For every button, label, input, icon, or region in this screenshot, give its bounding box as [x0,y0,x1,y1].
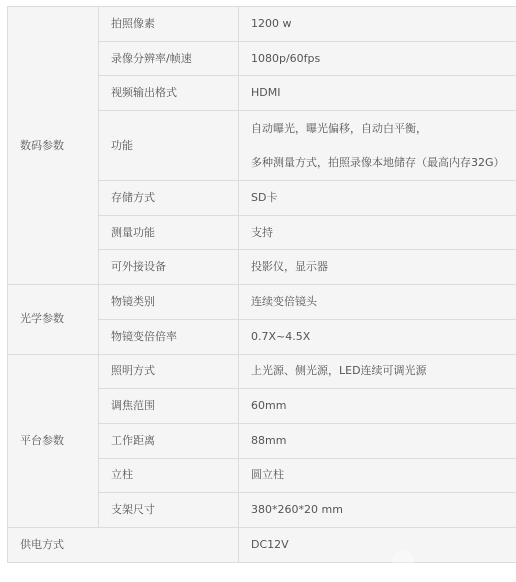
param-name: 拍照像素 [99,7,239,42]
param-value: 1080p/60fps [239,41,516,76]
table-row: 数码参数 拍照像素 1200 w [8,7,516,42]
table-row: 光学参数 物镜类别 连续变倍镜头 [8,285,516,320]
param-value: 圆立柱 [239,458,516,493]
value-line: 自动曝光，曝光偏移，自动白平衡， [251,122,516,136]
param-value-multiline: 自动曝光，曝光偏移，自动白平衡， 多种测量方式，拍照录像本地储存（最高内存32G… [239,111,516,181]
table-row: 供电方式 DC12V [8,527,516,562]
param-value: HDMI [239,76,516,111]
param-value: 支持 [239,215,516,250]
param-value: 88mm [239,423,516,458]
param-name: 照明方式 [99,354,239,389]
spec-table: 数码参数 拍照像素 1200 w 录像分辨率/帧速 1080p/60fps 视频… [7,6,516,563]
param-value: 380*260*20 mm [239,493,516,528]
param-value: 0.7X~4.5X [239,319,516,354]
param-value: 投影仪，显示器 [239,250,516,285]
param-name: 可外接设备 [99,250,239,285]
param-name: 录像分辨率/帧速 [99,41,239,76]
param-name: 调焦范围 [99,389,239,424]
param-name: 存储方式 [99,181,239,216]
param-value: SD卡 [239,181,516,216]
param-name-power: 供电方式 [8,527,239,562]
param-value: 上光源、侧光源，LED连续可调光源 [239,354,516,389]
group-label-digital: 数码参数 [8,7,99,285]
group-label-platform: 平台参数 [8,354,99,527]
param-name: 测量功能 [99,215,239,250]
param-value: 连续变倍镜头 [239,285,516,320]
param-name: 功能 [99,111,239,181]
param-value: 60mm [239,389,516,424]
param-name: 支架尺寸 [99,493,239,528]
param-name: 立柱 [99,458,239,493]
param-name: 视频输出格式 [99,76,239,111]
param-name: 物镜变倍倍率 [99,319,239,354]
table-row: 平台参数 照明方式 上光源、侧光源，LED连续可调光源 [8,354,516,389]
value-line: 多种测量方式，拍照录像本地储存（最高内存32G） [251,156,516,170]
param-value-power: DC12V [239,527,516,562]
param-name: 工作距离 [99,423,239,458]
param-name: 物镜类别 [99,285,239,320]
group-label-optical: 光学参数 [8,285,99,354]
param-value: 1200 w [239,7,516,42]
